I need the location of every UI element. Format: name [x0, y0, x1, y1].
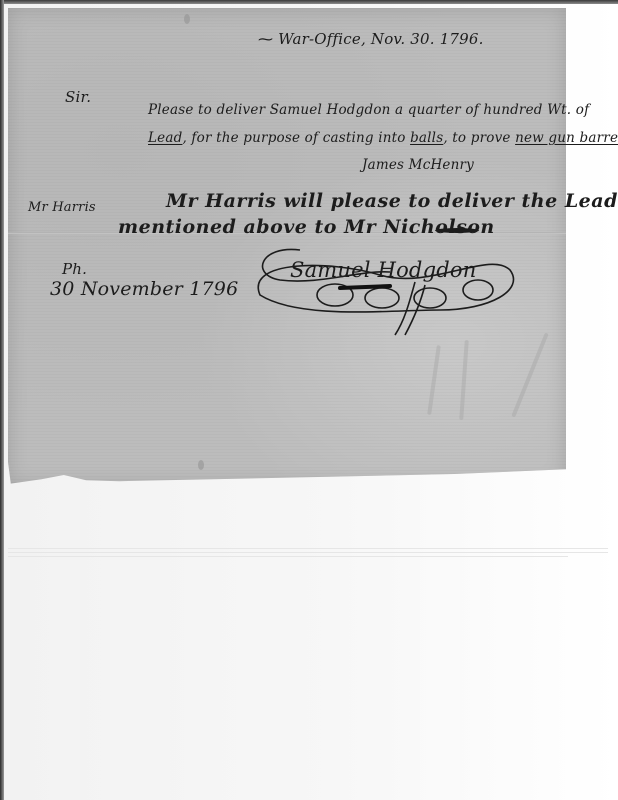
body-line-2: Lead, for the purpose of casting into ba…: [148, 130, 618, 146]
words-new-gun-barrels: new gun barrels: [515, 130, 618, 146]
body-text-fragment: , for the purpose of casting into: [182, 130, 410, 146]
scanner-top-edge: [0, 0, 618, 4]
endorsement-line-1: Mr Harris will please to deliver the Lea…: [166, 190, 618, 212]
margin-label: Mr Harris: [28, 200, 96, 215]
word-lead: Lead: [148, 130, 182, 146]
ink-flourish-dash: [435, 228, 479, 233]
heading-text: War-Office, Nov. 30. 1796.: [278, 30, 483, 48]
signature-flourish-icon: [240, 240, 530, 340]
scan-artifact-line: [8, 548, 608, 549]
ink-spot: [198, 460, 204, 470]
dateline: 30 November 1796: [50, 278, 238, 300]
scan-artifact-line: [8, 552, 608, 553]
letter-heading: ⁓ War-Office, Nov. 30. 1796.: [258, 30, 484, 48]
signature-james-mchenry: James McHenry: [362, 157, 474, 173]
scanner-left-edge: [0, 0, 4, 800]
scan-artifact-line: [8, 556, 568, 557]
endorsement-line-2: mentioned above to Mr Nicholson: [118, 216, 495, 238]
salutation: Sir.: [65, 88, 91, 106]
word-balls: balls: [410, 130, 443, 146]
body-text-fragment: , to prove: [443, 130, 515, 146]
dateline-prefix: Ph.: [62, 260, 87, 278]
body-line-1: Please to deliver Samuel Hodgdon a quart…: [148, 102, 589, 118]
ink-spot: [184, 14, 190, 24]
